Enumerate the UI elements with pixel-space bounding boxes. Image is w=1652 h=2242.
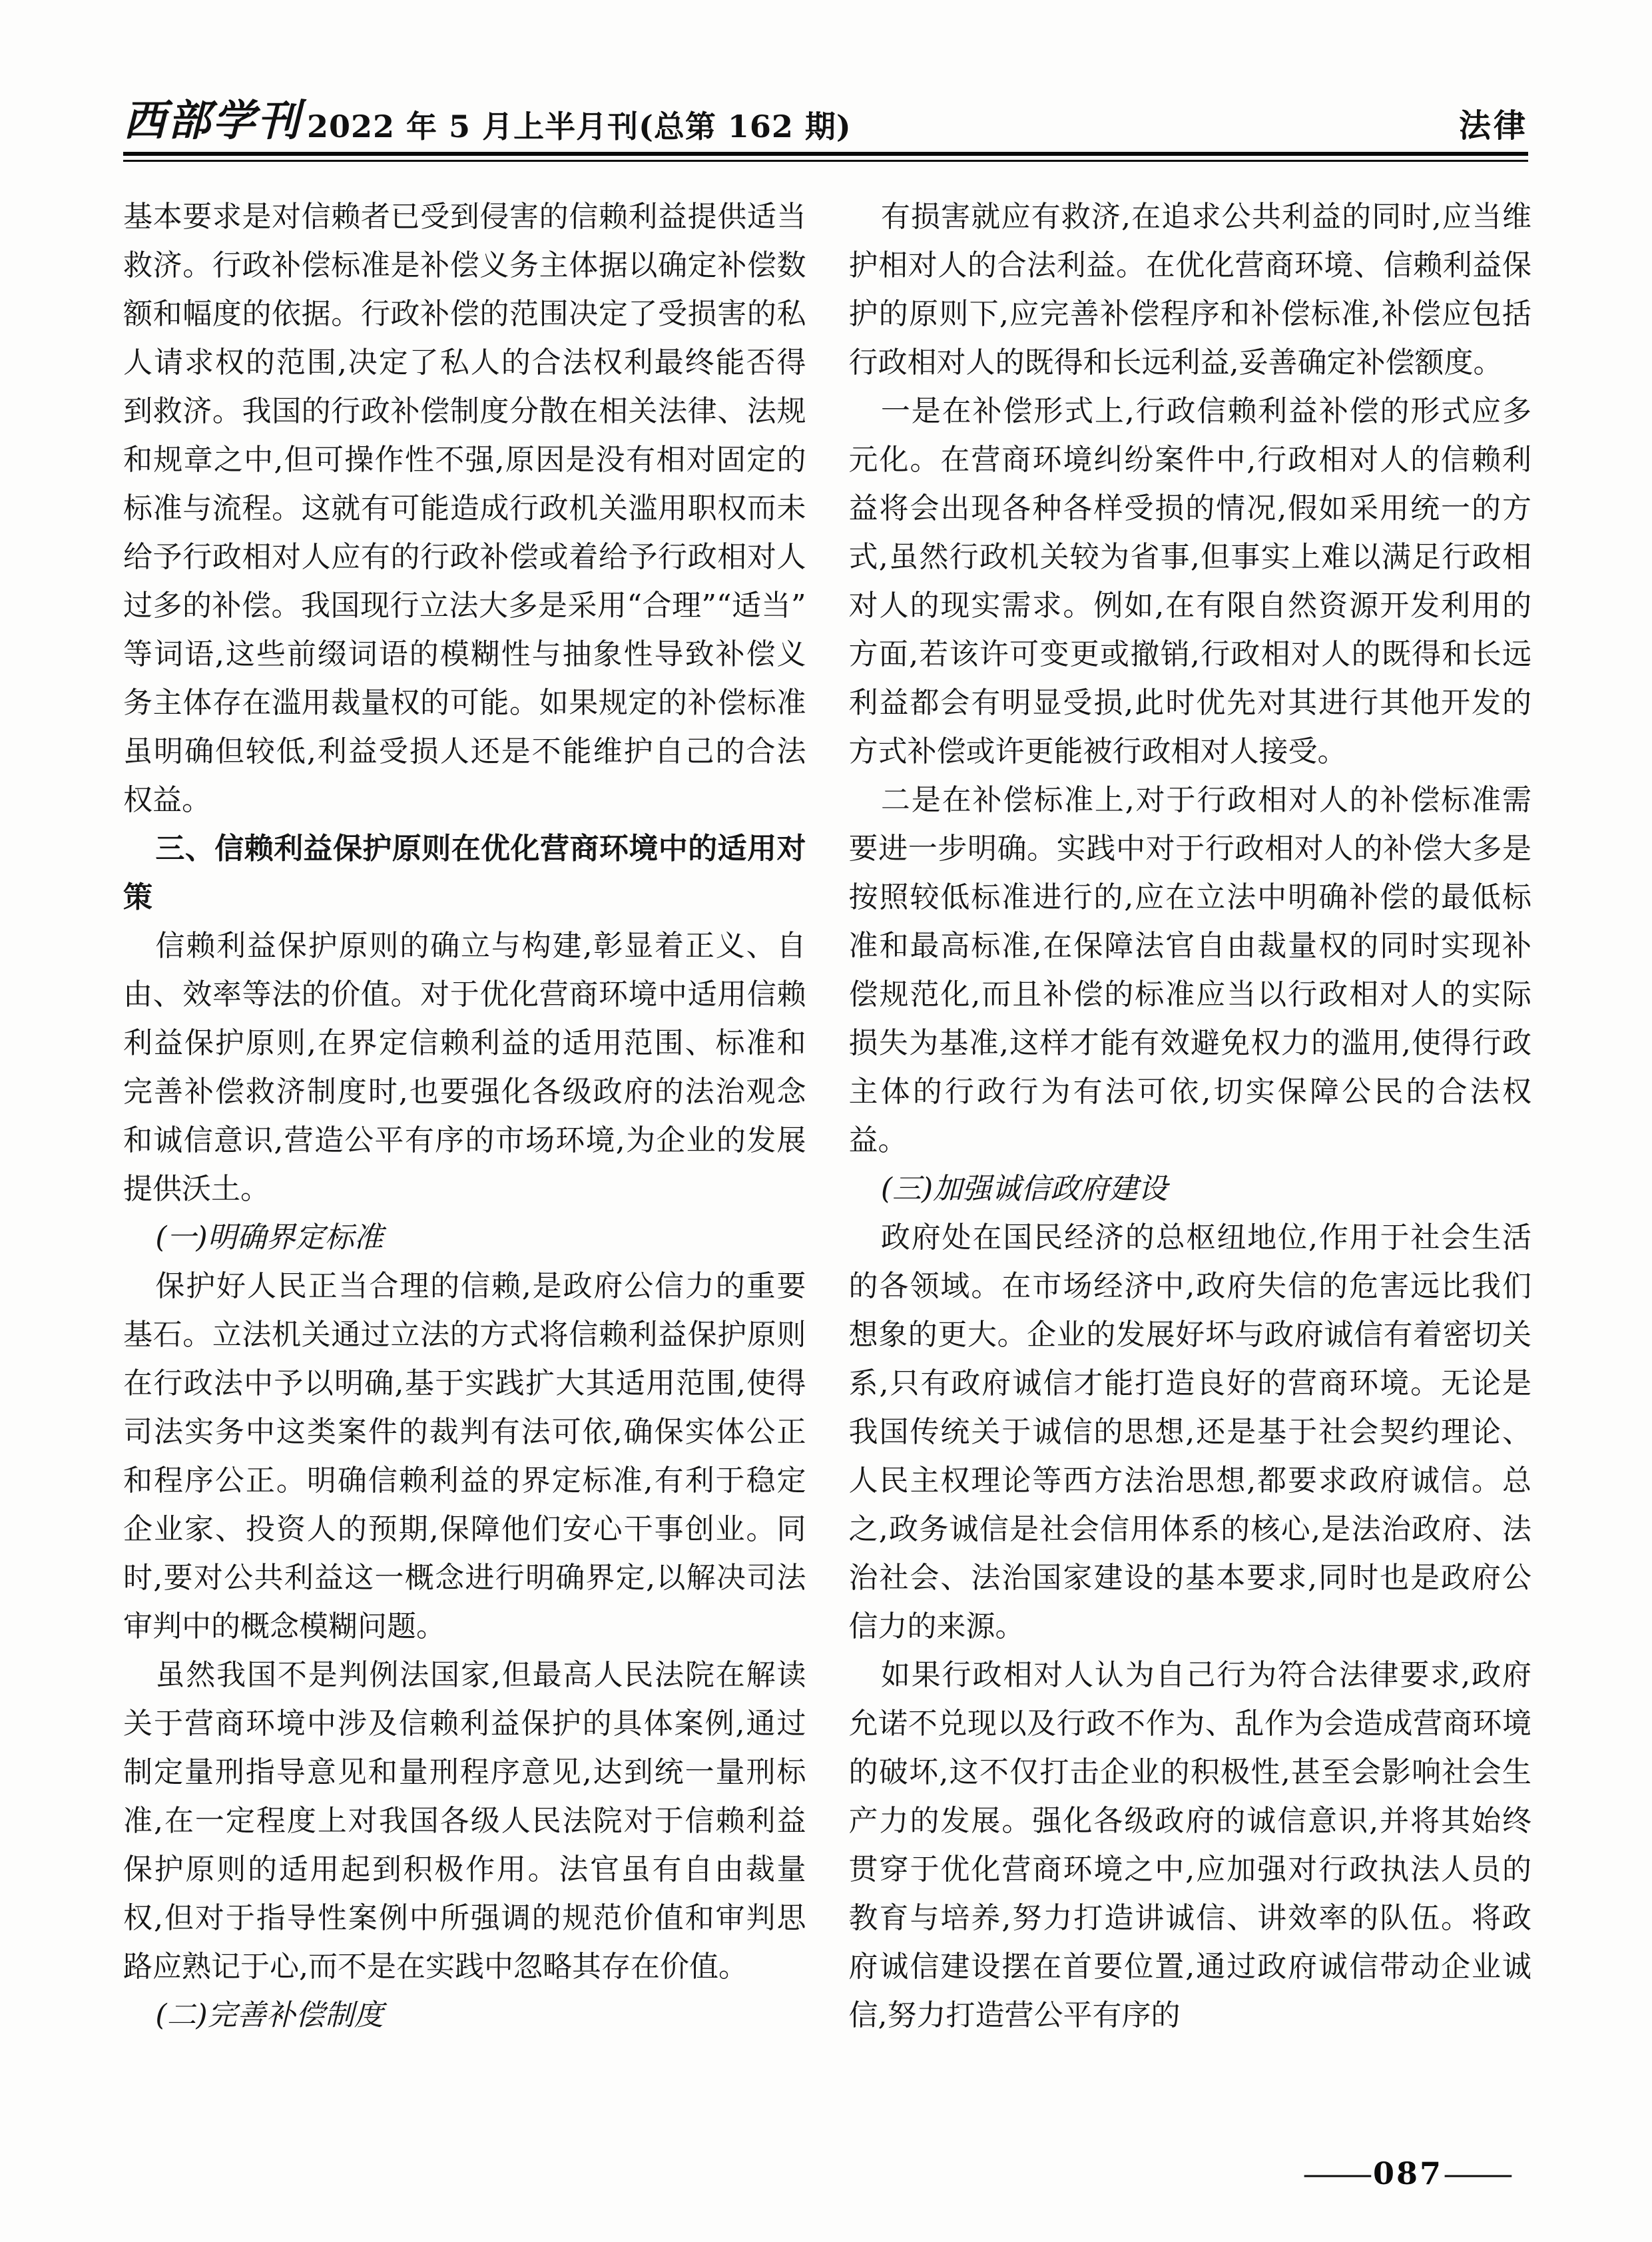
issue-info: 2022 年 5 月上半月刊(总第 162 期) <box>307 111 852 142</box>
paragraph: 保护好人民正当合理的信赖,是政府公信力的重要基石。立法机关通过立法的方式将信赖利… <box>123 1262 806 1651</box>
paragraph: 虽然我国不是判例法国家,但最高人民法院在解读关于营商环境中涉及信赖利益保护的具体… <box>123 1651 806 1991</box>
article-body: 基本要求是对信赖者已受到侵害的信赖利益提供适当救济。行政补偿标准是补偿义务主体据… <box>123 192 1531 2040</box>
journal-masthead: 西部学刊 2022 年 5 月上半月刊(总第 162 期) <box>123 100 852 142</box>
page-footer: — 087 — <box>1322 2155 1494 2191</box>
paragraph: 政府处在国民经济的总枢纽地位,作用于社会生活的各领域。在市场经济中,政府失信的危… <box>849 1213 1532 1651</box>
section-label: 法律 <box>1459 109 1528 142</box>
journal-logo: 西部学刊 <box>123 100 302 142</box>
footer-dash-right: — <box>1442 2155 1515 2191</box>
subsection-heading: (二)完善补偿制度 <box>123 1991 806 2040</box>
paragraph: 有损害就应有救济,在追求公共利益的同时,应当维护相对人的合法利益。在优化营商环境… <box>849 192 1532 387</box>
right-column: 有损害就应有救济,在追求公共利益的同时,应当维护相对人的合法利益。在优化营商环境… <box>849 192 1532 2040</box>
paragraph: 一是在补偿形式上,行政信赖利益补偿的形式应多元化。在营商环境纠纷案件中,行政相对… <box>849 387 1532 776</box>
page-header: 西部学刊 2022 年 5 月上半月刊(总第 162 期) 法律 <box>123 100 1528 142</box>
subsection-heading: (三)加强诚信政府建设 <box>849 1165 1532 1213</box>
journal-page: 西部学刊 2022 年 5 月上半月刊(总第 162 期) 法律 基本要求是对信… <box>0 0 1652 2242</box>
paragraph: 二是在补偿标准上,对于行政相对人的补偿标准需要进一步明确。实践中对于行政相对人的… <box>849 776 1532 1165</box>
left-column: 基本要求是对信赖者已受到侵害的信赖利益提供适当救济。行政补偿标准是补偿义务主体据… <box>123 192 806 2040</box>
paragraph: 基本要求是对信赖者已受到侵害的信赖利益提供适当救济。行政补偿标准是补偿义务主体据… <box>123 192 806 824</box>
paragraph: 信赖利益保护原则的确立与构建,彰显着正义、自由、效率等法的价值。对于优化营商环境… <box>123 922 806 1213</box>
page-number: 087 <box>1373 2155 1443 2191</box>
paragraph: 如果行政相对人认为自己行为符合法律要求,政府允诺不兑现以及行政不作为、乱作为会造… <box>849 1651 1532 2040</box>
section-heading: 三、信赖利益保护原则在优化营商环境中的适用对策 <box>123 824 806 922</box>
subsection-heading: (一)明确界定标准 <box>123 1213 806 1262</box>
footer-dash-left: — <box>1301 2155 1374 2191</box>
header-double-rule <box>123 152 1528 162</box>
